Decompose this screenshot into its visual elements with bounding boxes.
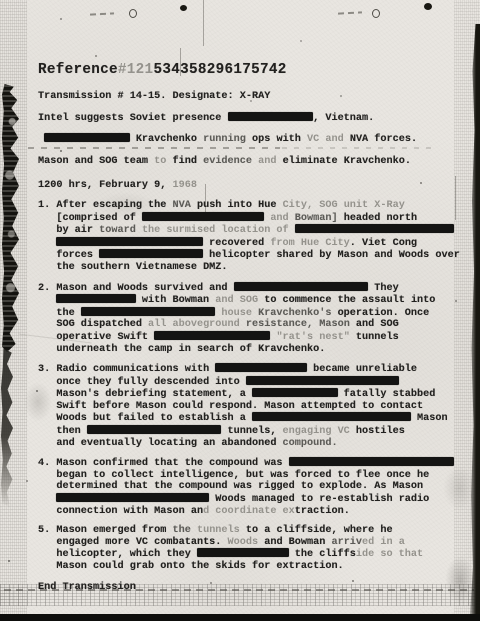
text-segment: running	[203, 134, 252, 145]
text-segment: 5. Mason emerged from	[38, 525, 173, 536]
text-segment: Mason	[411, 413, 448, 424]
doc-line: operative Swift "rat's nest" tunnels	[38, 331, 468, 344]
doc-line: underneath the camp in search of Kravche…	[38, 344, 468, 356]
text-segment: Swift before Mason could respond. Mason …	[38, 401, 423, 412]
text-segment: fatally stabbed	[338, 389, 436, 400]
text-segment: 534358296175742	[153, 62, 286, 78]
redaction-bar	[142, 212, 264, 221]
doc-line: the house Kravchenko's operation. Once	[38, 307, 468, 320]
text-segment: City, SOG unit X-Ray	[283, 200, 405, 211]
text-segment: . Viet Cong	[350, 238, 417, 249]
kravchenko-line: Kravchenko running ops with VC and NVA f…	[38, 133, 468, 146]
text-segment: began to collect intelligence, but was f…	[38, 470, 429, 481]
text-segment: tunnels	[197, 525, 246, 536]
text-segment: helicopter shared by Mason and Woods ove…	[203, 250, 460, 261]
text-segment: 2. Mason and Woods survived and	[38, 283, 234, 294]
text-segment: Mason could grab onto the skids for extr…	[38, 561, 344, 572]
text-segment: house	[215, 308, 258, 319]
text-segment: Reference	[38, 62, 118, 78]
text-segment: from Hue City	[270, 238, 349, 249]
noise-speckles	[0, 0, 2, 2]
text-segment: and SOG	[215, 295, 264, 306]
text-segment: Kravchenko	[130, 134, 203, 145]
text-segment: , Vietnam.	[313, 113, 374, 124]
doc-line: forces helicopter shared by Mason and Wo…	[38, 249, 468, 262]
mission-line: Mason and SOG team to find evidence and …	[38, 156, 468, 168]
redaction-bar	[252, 412, 411, 421]
doc-line: began to collect intelligence, but was f…	[38, 470, 468, 482]
doc-line: once they fully descended into	[38, 376, 468, 389]
text-segment: Mason and SOG team	[38, 156, 154, 167]
doc-line: and eventually locating an abandoned com…	[38, 438, 468, 450]
redaction-bar	[44, 133, 130, 142]
doc-line: SOG dispatched all aboveground resistanc…	[38, 319, 468, 331]
text-segment: 4. Mason confirmed that the compound was	[38, 458, 289, 469]
redaction-bar	[246, 376, 399, 385]
text-segment: ide so that	[356, 549, 423, 560]
ink-blob	[424, 3, 432, 10]
doc-line: determined that the compound was rigged …	[38, 481, 468, 493]
text-segment: compound.	[283, 438, 338, 449]
doc-line: recovered from Hue City. Viet Cong	[38, 237, 468, 250]
redaction-bar	[197, 548, 289, 557]
datetime-line: 1200 hrs, February 9, 1968	[38, 180, 468, 192]
text-segment: all aboveground	[148, 319, 246, 330]
redaction-bar	[289, 457, 454, 466]
doc-line: 1. After escaping the NVA push into Hue …	[38, 200, 468, 212]
hole-punch-mark	[129, 9, 137, 18]
text-segment	[38, 295, 56, 306]
text-segment: VC and	[307, 134, 350, 145]
text-segment: engaging VC	[283, 426, 356, 437]
text-segment: Kravchenko's	[258, 308, 337, 319]
bottom-edge-bar	[0, 614, 480, 621]
end-transmission-line: End Transmission	[38, 582, 468, 594]
doc-line: 5. Mason emerged from the tunnels to a c…	[38, 525, 468, 537]
doc-line: then tunnels, engaging VC hostiles	[38, 425, 468, 438]
hole-punch-mark	[372, 9, 380, 18]
text-segment: NVA forces.	[350, 134, 417, 145]
text-segment: helicopter, which they	[38, 549, 197, 560]
doc-line: 4. Mason confirmed that the compound was	[38, 457, 468, 470]
redaction-bar	[228, 112, 314, 121]
doc-line: 2. Mason and Woods survived and They	[38, 282, 468, 295]
text-segment: engaged more VC combatants.	[38, 537, 228, 548]
text-segment: operative Swift	[38, 332, 154, 343]
text-segment: d coordinate ex	[203, 506, 295, 517]
text-segment: forces	[38, 250, 99, 261]
doc-line: [comprised of and Bowman] headed north	[38, 212, 468, 225]
text-segment: Mason's debriefing statement, a	[38, 389, 252, 400]
text-segment: determined that the compound was rigged …	[38, 481, 423, 492]
text-segment: the	[173, 525, 197, 536]
text-segment: 1200 hrs, February 9,	[38, 180, 173, 191]
text-segment: Woods	[228, 537, 265, 548]
text-segment: the southern Vietnamese DMZ.	[38, 262, 228, 273]
text-segment: push into Hue	[197, 200, 283, 211]
doc-line: engaged more VC combatants. Woods and Bo…	[38, 537, 468, 549]
text-segment: They	[368, 283, 399, 294]
transmission-line: Transmission # 14-15. Designate: X-RAY	[38, 91, 468, 103]
text-segment: Intel suggests Soviet presence	[38, 113, 228, 124]
intel-line: Intel suggests Soviet presence , Vietnam…	[38, 112, 468, 125]
redaction-bar	[295, 224, 454, 233]
text-segment: operation. Once	[338, 308, 430, 319]
text-segment: hostiles	[356, 426, 405, 437]
document-lines: Reference#121534358296175742Transmission…	[38, 62, 468, 593]
text-segment: recovered	[203, 238, 270, 249]
doc-line: Mason could grab onto the skids for extr…	[38, 561, 468, 573]
redaction-bar	[99, 249, 203, 258]
text-segment: NVA	[173, 200, 197, 211]
text-segment: find	[173, 156, 204, 167]
pen-dash-mark	[338, 11, 362, 14]
text-segment: headed north	[344, 213, 417, 224]
redaction-bar	[56, 294, 135, 303]
doc-line: Woods managed to re-establish radio	[38, 493, 468, 506]
text-segment: to	[154, 156, 172, 167]
text-segment: 1968	[173, 180, 197, 191]
text-segment: tunnels	[356, 332, 399, 343]
text-segment: tunnels,	[221, 426, 282, 437]
text-segment: and	[258, 156, 282, 167]
text-segment: once they fully descended into	[38, 377, 246, 388]
text-segment: evidence	[203, 156, 258, 167]
text-segment: ops with	[252, 134, 307, 145]
text-segment: End Transmission	[38, 582, 136, 593]
redaction-bar	[81, 307, 215, 316]
text-segment: ed in a	[362, 537, 405, 548]
text-segment: SOG dispatched	[38, 319, 148, 330]
text-segment	[38, 238, 56, 249]
reference-line: Reference#121534358296175742	[38, 62, 468, 78]
text-segment: toward	[99, 225, 142, 236]
text-segment: [comprised of	[38, 213, 142, 224]
text-segment: to a cliffside, where he	[246, 525, 393, 536]
text-segment: resistance, Mason	[246, 319, 356, 330]
doc-line: Woods but failed to establish a Mason	[38, 412, 468, 425]
doc-line: the southern Vietnamese DMZ.	[38, 262, 468, 274]
doc-line: connection with Mason and coordinate ext…	[38, 506, 468, 518]
redaction-bar	[252, 388, 338, 397]
text-segment: by air	[38, 225, 99, 236]
doc-line: helicopter, which they the cliffside so …	[38, 548, 468, 561]
text-segment: Bowman]	[295, 213, 344, 224]
doc-line: Swift before Mason could respond. Mason …	[38, 401, 468, 413]
scratch-line	[203, 0, 204, 46]
text-segment: 1. After escaping the	[38, 200, 173, 211]
text-segment: and	[264, 213, 295, 224]
text-segment: Woods managed to re-establish radio	[209, 494, 429, 505]
text-segment: traction.	[295, 506, 350, 517]
text-segment	[38, 494, 56, 505]
text-segment: Transmission # 14-15. Designate: X-RAY	[38, 91, 270, 102]
text-segment: to commence the assault into	[264, 295, 435, 306]
text-segment: underneath the camp in search of Kravche…	[38, 344, 325, 355]
text-segment: the surmised location of	[142, 225, 295, 236]
text-segment: arriv	[331, 537, 362, 548]
text-segment: and SOG	[356, 319, 399, 330]
ink-blob	[180, 5, 187, 11]
text-segment: then	[38, 426, 87, 437]
text-segment: #121	[118, 62, 154, 78]
redaction-bar	[87, 425, 221, 434]
doc-line: with Bowman and SOG to commence the assa…	[38, 294, 468, 307]
redaction-bar	[154, 331, 270, 340]
text-segment: and Bowman	[264, 537, 331, 548]
text-segment: connection with Mason an	[38, 506, 203, 517]
pen-dash-mark	[90, 12, 114, 15]
text-segment: with Bowman	[136, 295, 215, 306]
doc-line: Mason's debriefing statement, a fatally …	[38, 388, 468, 401]
redaction-bar	[215, 363, 307, 372]
scanned-transmission-document: Reference#121534358296175742Transmission…	[0, 0, 480, 621]
text-segment: became unreliable	[307, 364, 417, 375]
text-segment: and eventually locating an abandoned	[38, 438, 283, 449]
redaction-bar	[56, 493, 209, 502]
text-segment: eliminate Kravchenko.	[283, 156, 411, 167]
text-segment: Woods but failed to establish a	[38, 413, 252, 424]
doc-line: by air toward the surmised location of	[38, 224, 468, 237]
text-segment: "rat's nest"	[270, 332, 356, 343]
text-segment: the	[38, 308, 81, 319]
text-segment: the cliffs	[289, 549, 356, 560]
redaction-bar	[56, 237, 203, 246]
redaction-bar	[234, 282, 368, 291]
doc-line: 3. Radio communications with became unre…	[38, 363, 468, 376]
text-segment: 3. Radio communications with	[38, 364, 215, 375]
